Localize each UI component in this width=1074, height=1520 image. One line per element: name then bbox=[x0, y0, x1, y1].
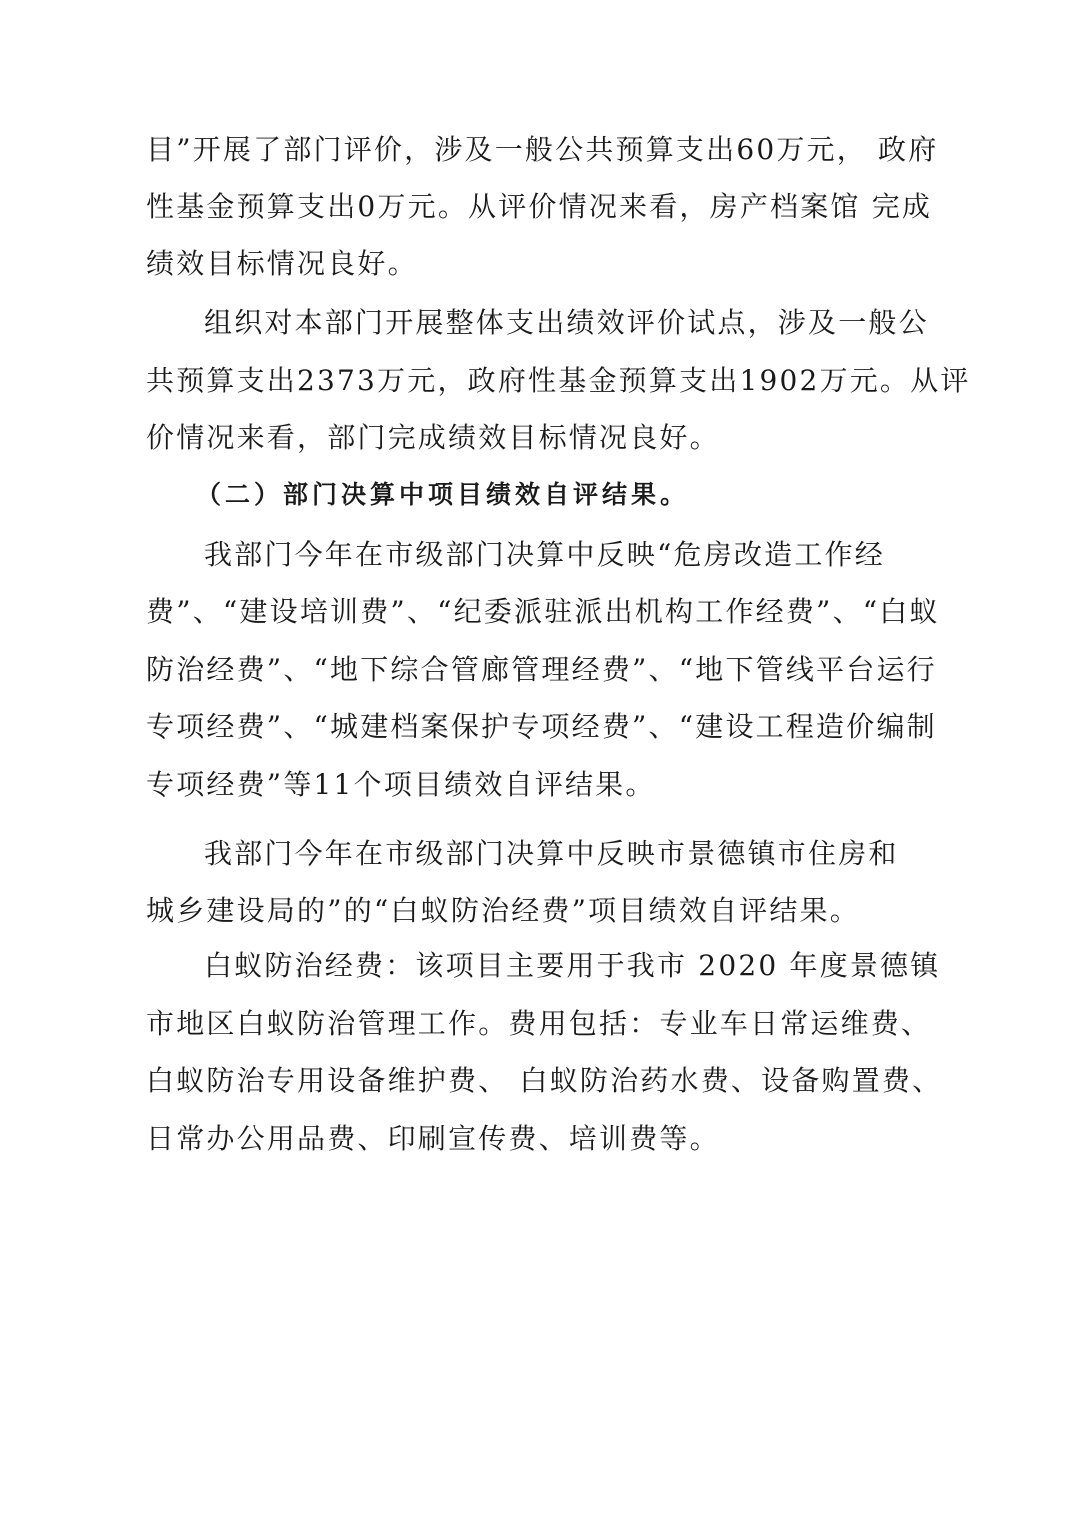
paragraph-4-line-1: 我部门今年在市级部门决算中反映市景德镇市住房和 bbox=[204, 836, 916, 872]
document-page: 目”开展了部门评价，涉及一般公共预算支出60万元， 政府 性基金预算支出0万元。… bbox=[0, 0, 1074, 1520]
paragraph-3-line-4: 专项经费”、“城建档案保护专项经费”、“建设工程造价编制 bbox=[146, 709, 916, 745]
paragraph-5-line-1: 白蚁防治经费：该项目主要用于我市 2020 年度景德镇 bbox=[204, 948, 916, 984]
paragraph-5-line-3: 白蚁防治专用设备维护费、 白蚁防治药水费、设备购置费、 bbox=[146, 1063, 916, 1099]
paragraph-3-line-3: 防治经费”、“地下综合管廊管理经费”、“地下管线平台运行 bbox=[146, 652, 916, 688]
paragraph-5-line-4: 日常办公用品费、印刷宣传费、培训费等。 bbox=[146, 1121, 916, 1157]
paragraph-2-line-1: 组织对本部门开展整体支出绩效评价试点，涉及一般公 bbox=[204, 305, 916, 341]
section-heading: （二）部门决算中项目绩效自评结果。 bbox=[196, 478, 689, 512]
paragraph-2-line-3: 价情况来看，部门完成绩效目标情况良好。 bbox=[146, 420, 916, 456]
paragraph-4-line-2: 城乡建设局的”的“白蚁防治经费”项目绩效自评结果。 bbox=[146, 893, 916, 929]
paragraph-1-line-1: 目”开展了部门评价，涉及一般公共预算支出60万元， 政府 bbox=[146, 132, 916, 168]
paragraph-5-line-2: 市地区白蚁防治管理工作。费用包括：专业车日常运维费、 bbox=[146, 1006, 916, 1042]
paragraph-3-line-5: 专项经费”等11个项目绩效自评结果。 bbox=[146, 767, 916, 803]
paragraph-1-line-2: 性基金预算支出0万元。从评价情况来看，房产档案馆 完成 bbox=[146, 189, 916, 225]
paragraph-3-line-1: 我部门今年在市级部门决算中反映“危房改造工作经 bbox=[204, 537, 916, 573]
paragraph-2-line-2: 共预算支出2373万元，政府性基金预算支出1902万元。从评 bbox=[146, 363, 916, 399]
paragraph-3-line-2: 费”、“建设培训费”、“纪委派驻派出机构工作经费”、“白蚁 bbox=[146, 594, 916, 630]
paragraph-1-line-3: 绩效目标情况良好。 bbox=[146, 246, 916, 282]
